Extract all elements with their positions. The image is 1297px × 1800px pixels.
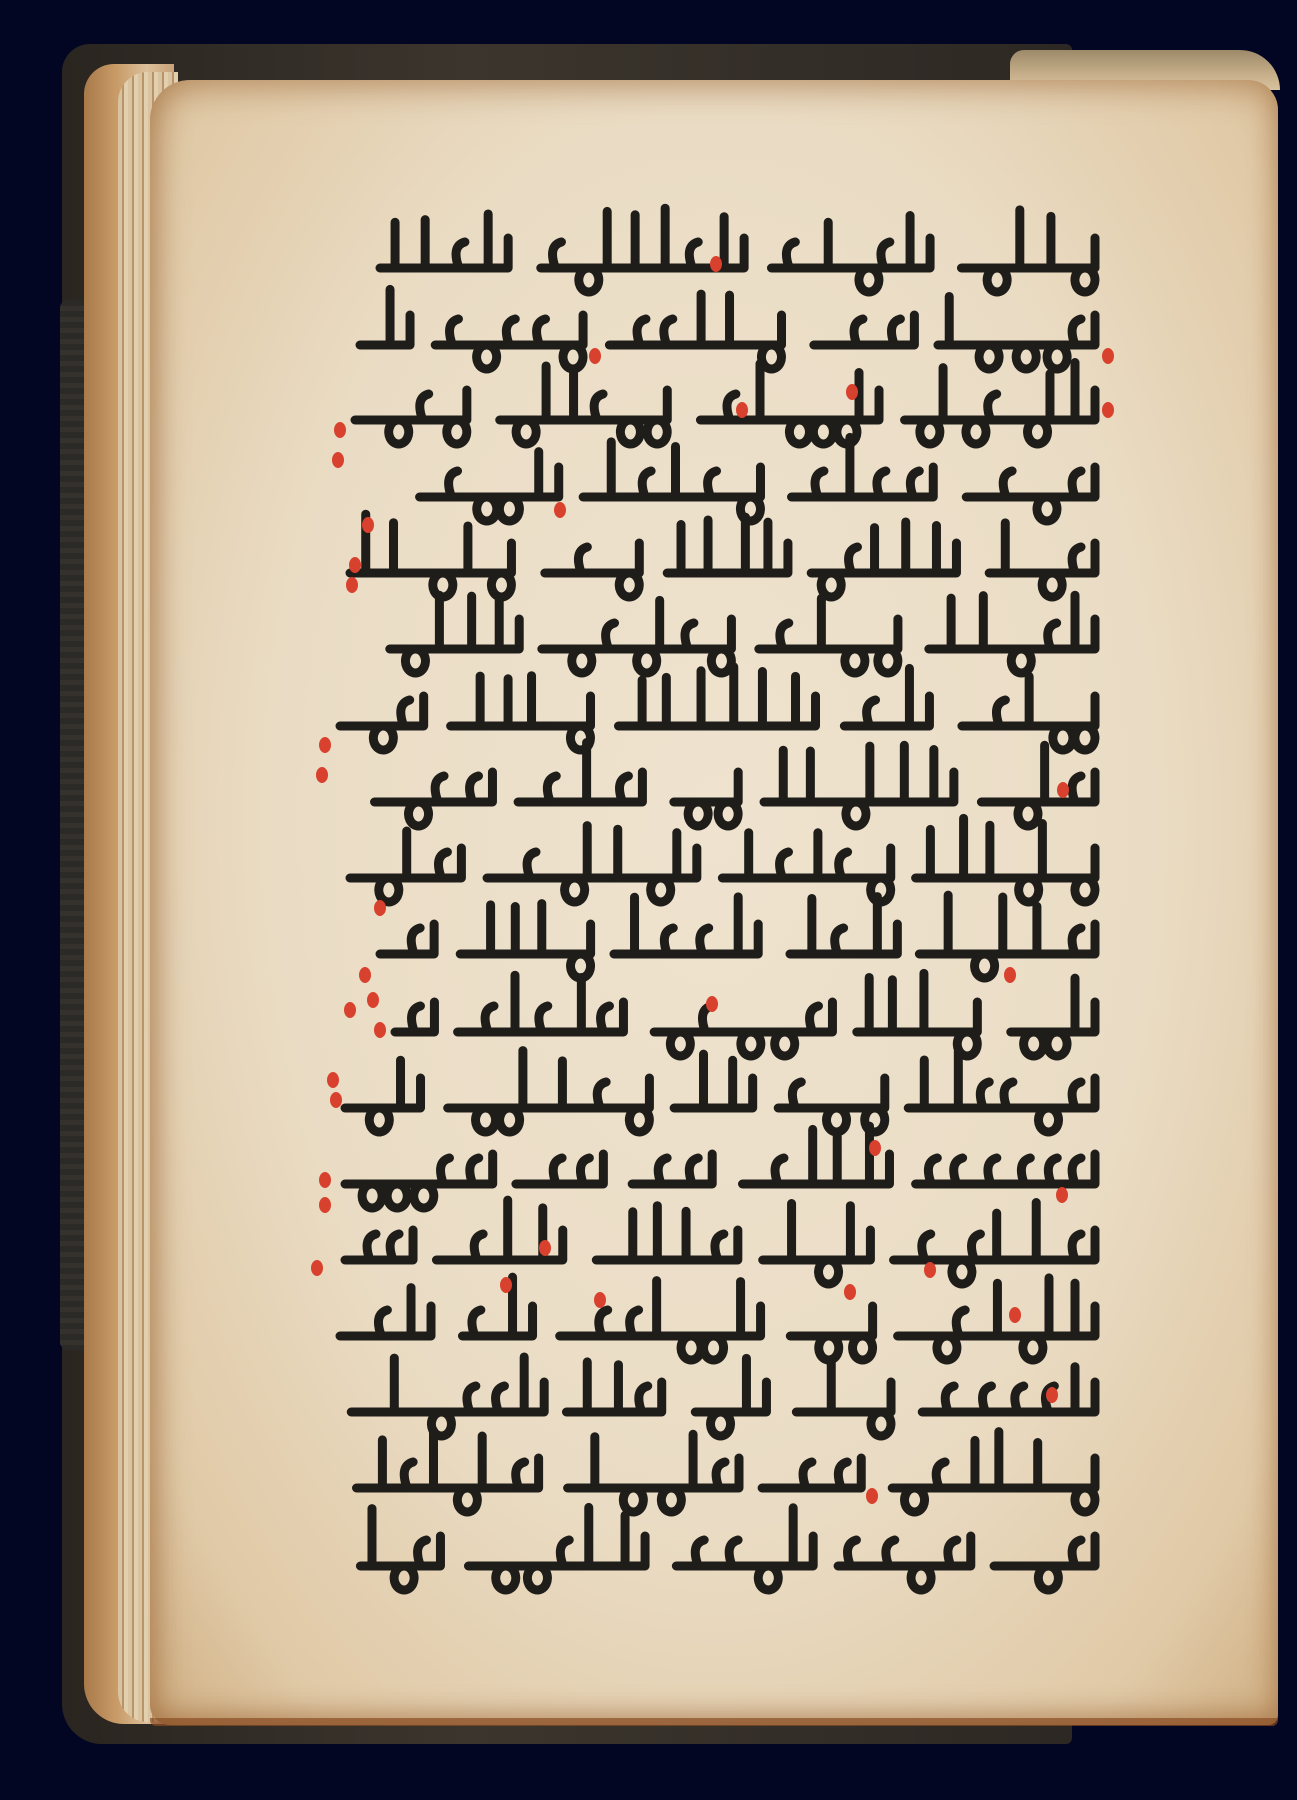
script-line [380, 895, 1095, 978]
script-line [360, 289, 1095, 369]
red-vowel-dot [500, 1277, 512, 1293]
red-vowel-dot [359, 967, 371, 983]
script-line [356, 1431, 1095, 1512]
red-vowel-dot [1046, 1387, 1058, 1403]
script-line [340, 667, 1095, 750]
red-vowel-dot [319, 1172, 331, 1188]
red-vowel-dot [327, 1072, 339, 1088]
red-vowel-dot [846, 384, 858, 400]
red-vowel-dot [349, 557, 361, 573]
script-line [380, 208, 1095, 292]
red-vowel-dot [589, 348, 601, 364]
script-line [345, 1051, 1095, 1132]
red-vowel-dot [1004, 967, 1016, 983]
script-line [375, 743, 1095, 826]
red-vowel-dot [311, 1260, 323, 1276]
red-vowel-dot [344, 1002, 356, 1018]
script-line [420, 437, 1095, 521]
red-vowel-dot [346, 577, 358, 593]
red-vowel-dot [844, 1284, 856, 1300]
red-vowel-dot [539, 1240, 551, 1256]
script-line [355, 363, 1095, 444]
red-vowel-dot [330, 1092, 342, 1108]
red-vowel-dot [594, 1292, 606, 1308]
script-line [351, 1357, 1095, 1436]
script-line [345, 1126, 1095, 1208]
script-line [360, 1507, 1095, 1590]
red-vowel-dot [866, 1488, 878, 1504]
red-vowel-dot [1057, 782, 1069, 798]
script-line [350, 818, 1095, 902]
script-line [395, 973, 1095, 1056]
red-vowel-dot [1009, 1307, 1021, 1323]
red-vowel-dot [706, 996, 718, 1012]
script-line [340, 1277, 1095, 1360]
script-line [350, 514, 1095, 597]
red-vowel-dot [1056, 1187, 1068, 1203]
red-vowel-dot [869, 1140, 881, 1156]
script-line [390, 595, 1095, 673]
red-vowel-dot [554, 502, 566, 518]
red-vowel-dot [319, 737, 331, 753]
red-vowel-dot [710, 256, 722, 272]
red-vowel-dot [924, 1262, 936, 1278]
red-vowel-dot [367, 992, 379, 1008]
red-vowel-dot [334, 422, 346, 438]
red-vowel-dot [316, 767, 328, 783]
red-vowel-dot [1102, 348, 1114, 364]
red-vowel-dot [332, 452, 344, 468]
red-vowel-dot [319, 1197, 331, 1213]
red-vowel-dot [374, 1022, 386, 1038]
red-vowel-dot [1102, 402, 1114, 418]
red-vowel-dot [362, 517, 374, 533]
red-vowel-dot [736, 402, 748, 418]
script-line [345, 1200, 1095, 1284]
red-vowel-dot [374, 900, 386, 916]
script-lines [0, 0, 1297, 1800]
